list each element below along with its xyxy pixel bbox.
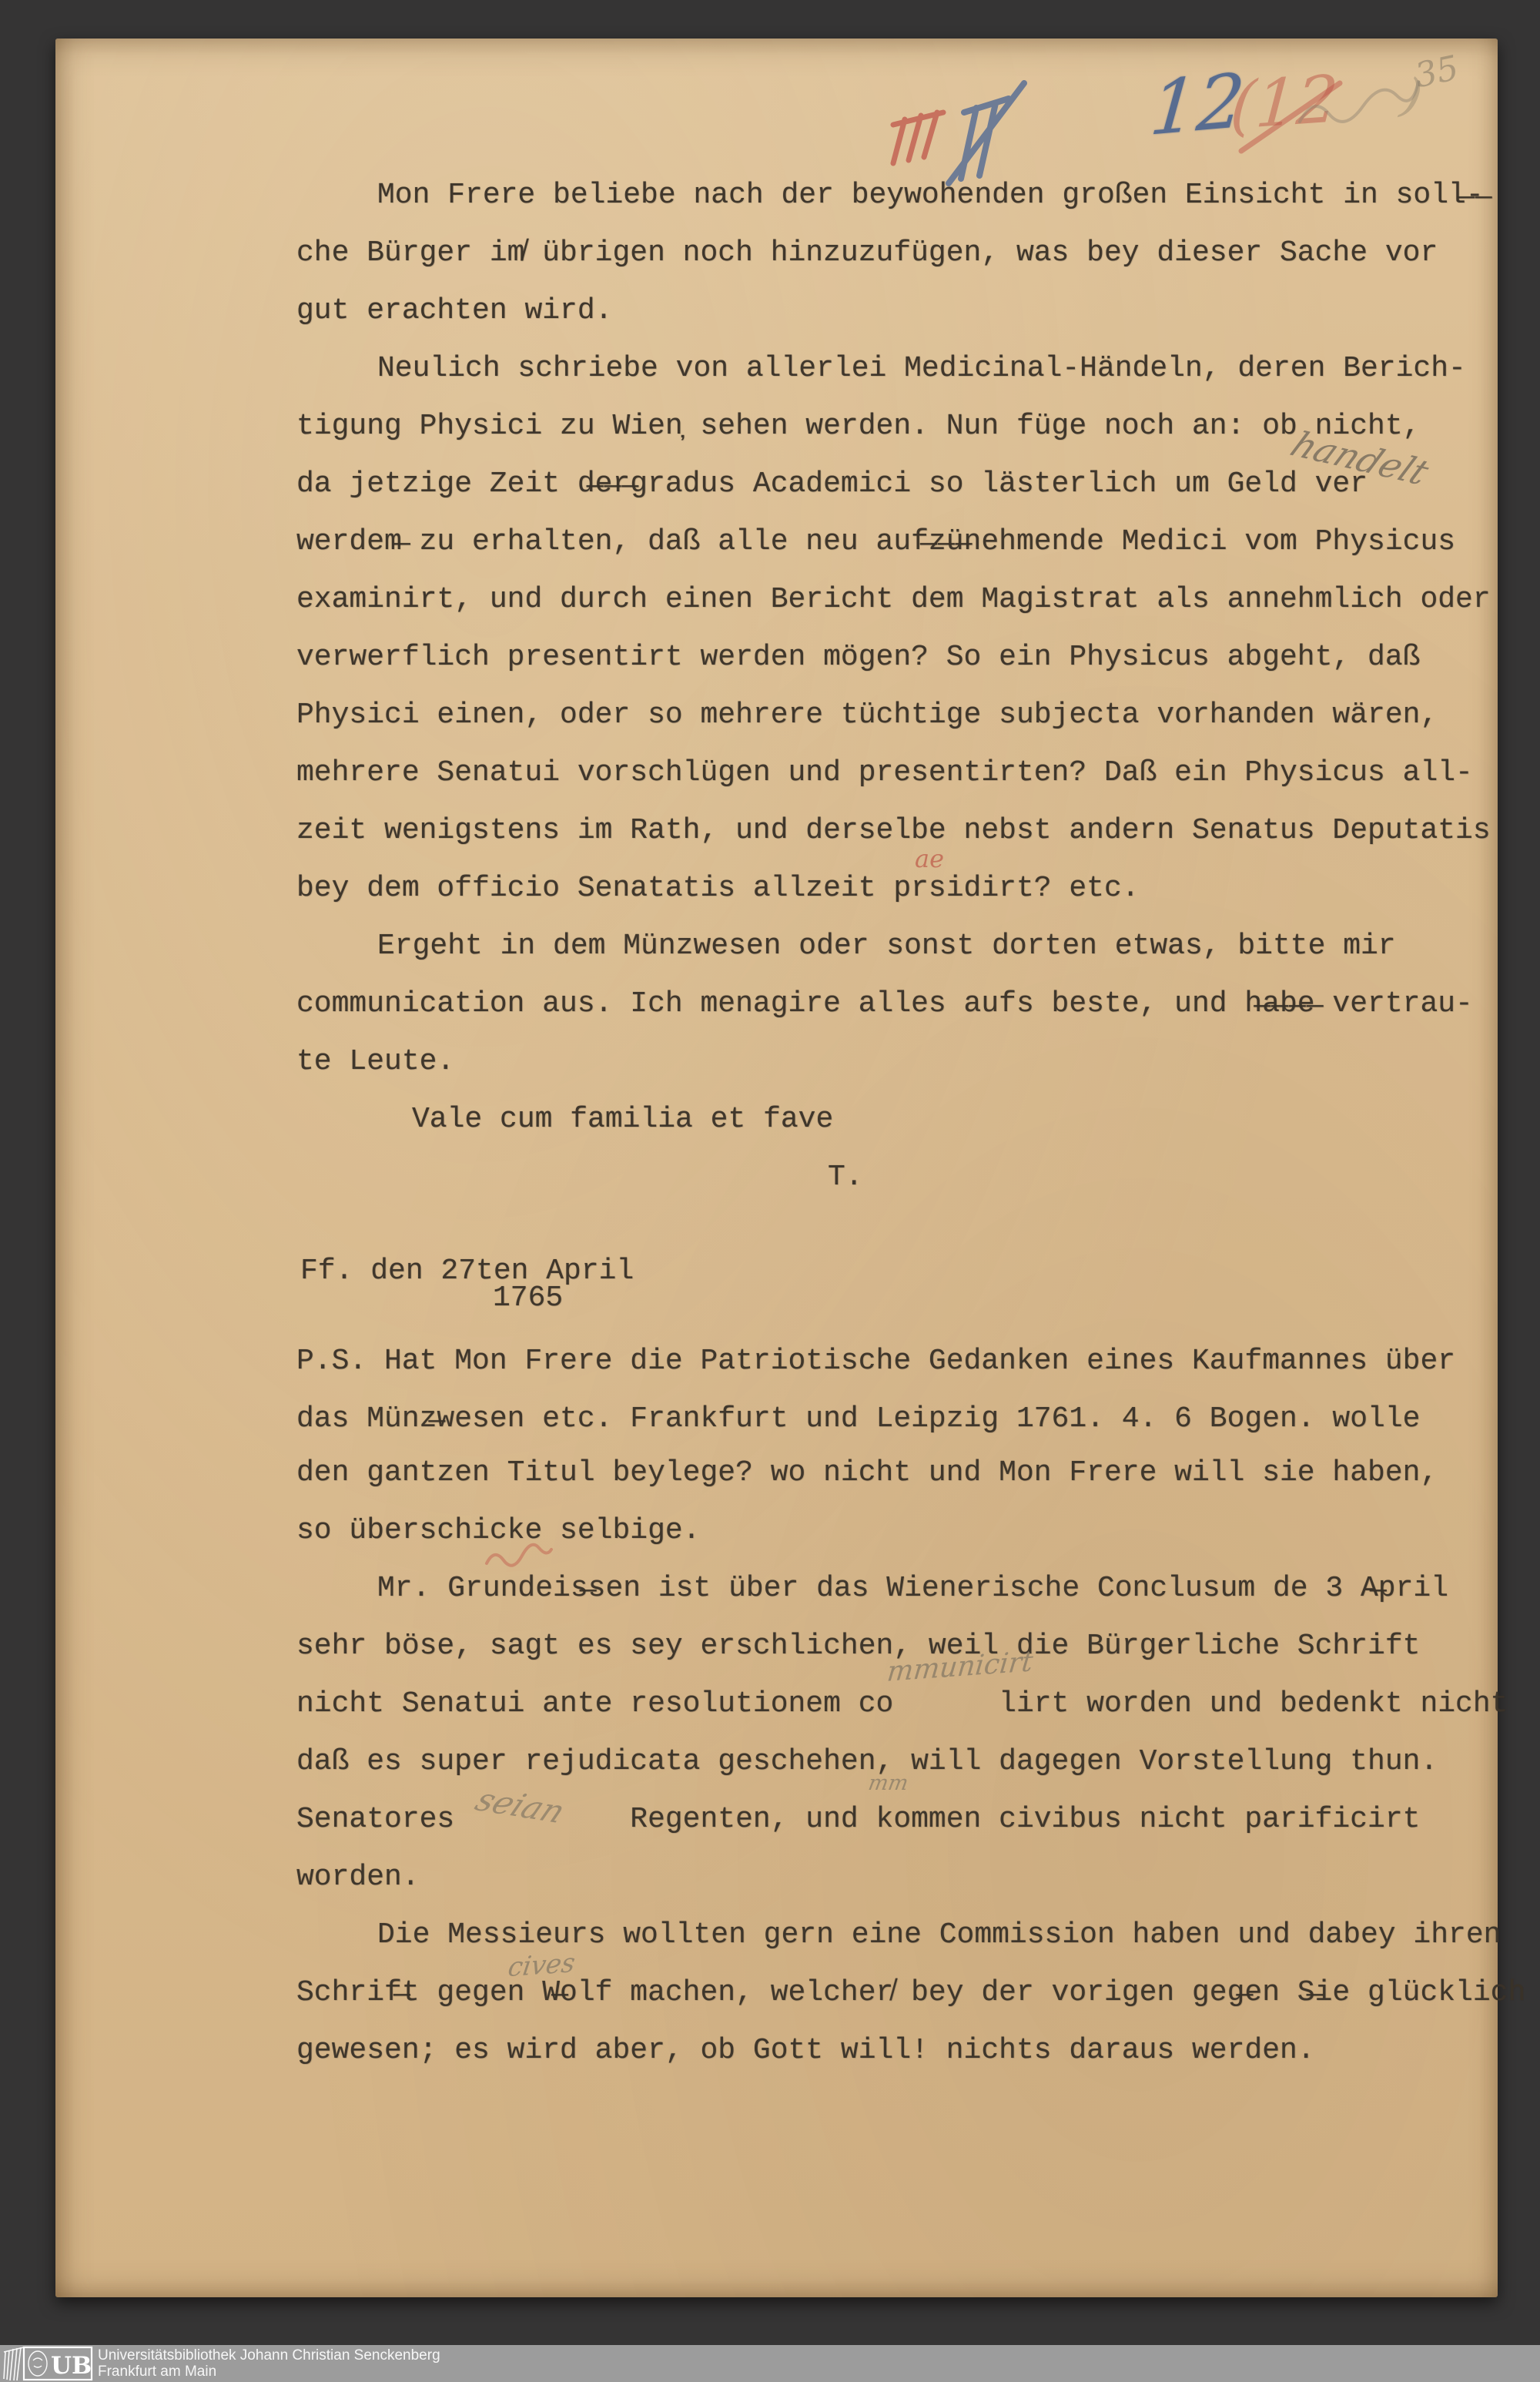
typed-line: tigung Physici zu Wien̦ sehen werden. Nu… [296,409,1420,444]
typed-line: worden. [296,1860,420,1895]
typed-line: che Bürger im̸ übrigen noch hinzuzufügen… [296,236,1438,271]
annotation-cives: cives [506,1948,577,1984]
typed-line: Ff. den 27ten April [300,1254,634,1289]
typed-line: examinirt, und durch einen Bericht dem M… [296,582,1491,618]
typed-line: Mr. Grundeis̶sen ist über das Wienerisch… [377,1571,1448,1606]
annotation-mm: mm [866,1771,910,1795]
typed-line: da jetzige Zeit d̶e̶r̶gradus Academici s… [296,467,1368,502]
typed-line: den gantzen Titul beylege? wo nicht und … [296,1456,1438,1491]
typed-line: verwerflich presentirt werden mögen? So … [296,640,1420,675]
typed-line: Die Messieurs wollten gern eine Commissi… [377,1918,1501,1953]
typed-line: das Münz̶wesen etc. Frankfurt und Leipzi… [296,1402,1420,1437]
library-name: Universitätsbibliothek Johann Christian … [98,2347,440,2364]
typed-line: sehr böse, sagt es sey erschlichen, weil… [296,1629,1420,1664]
typed-line: T. [828,1160,863,1195]
typed-line: communication aus. Ich menagire alles au… [296,987,1473,1022]
typed-line: so überschicke selbige. [296,1513,701,1549]
typed-line: Neulich schriebe von allerlei Medicinal-… [377,351,1466,387]
typed-line: 1765 [493,1281,563,1316]
library-city: Frankfurt am Main [98,2364,440,2380]
typed-line: Mon Frere beliebe nach der beywohenden g… [377,178,1484,213]
typed-line: Physici einen, oder so mehrere tüchtige … [296,698,1438,733]
typed-line: Senatores Regenten, und kommen civibus n… [296,1802,1420,1838]
typed-line: mehrere Senatui vorschlügen und presenti… [296,755,1473,791]
typed-line: te Leute. [296,1044,454,1080]
typed-line: Schrif̶t gegen W̶olf machen, welcher̸ be… [296,1975,1525,2011]
typed-line: gut erachten wird. [296,293,612,329]
typed-line: P.S. Hat Mon Frere die Patriotische Geda… [296,1344,1455,1379]
typed-line: daß es super rejudicata geschehen, will … [296,1744,1438,1780]
ub-logo-text: UB [51,2352,92,2380]
typed-line: gewesen; es wird aber, ob Gott will! nic… [296,2033,1315,2069]
typed-line: nicht Senatui ante resolutionem co lirt … [296,1687,1508,1722]
typed-line: Ergeht in dem Münzwesen oder sonst dorte… [377,929,1396,964]
library-banner: UB Universitätsbibliothek Johann Christi… [0,2345,1540,2382]
typed-line: werdem̶ zu erhalten, daß alle neu auf̶z̶… [296,524,1455,560]
scan-stage: Mon Frere beliebe nach der beywohenden g… [0,0,1540,2382]
ub-library-logo-icon: UB [3,2345,99,2382]
library-banner-text: Universitätsbibliothek Johann Christian … [98,2347,440,2380]
typed-line: bey dem officio Senatatis allzeit prsidi… [296,871,1140,906]
annotation-red-ae: ae [915,844,944,873]
typed-line: Vale cum familia et fave [412,1102,833,1137]
typed-line: zeit wenigstens im Rath, und derselbe ne… [296,813,1491,849]
annotation-red-number: (12 [1228,61,1341,144]
